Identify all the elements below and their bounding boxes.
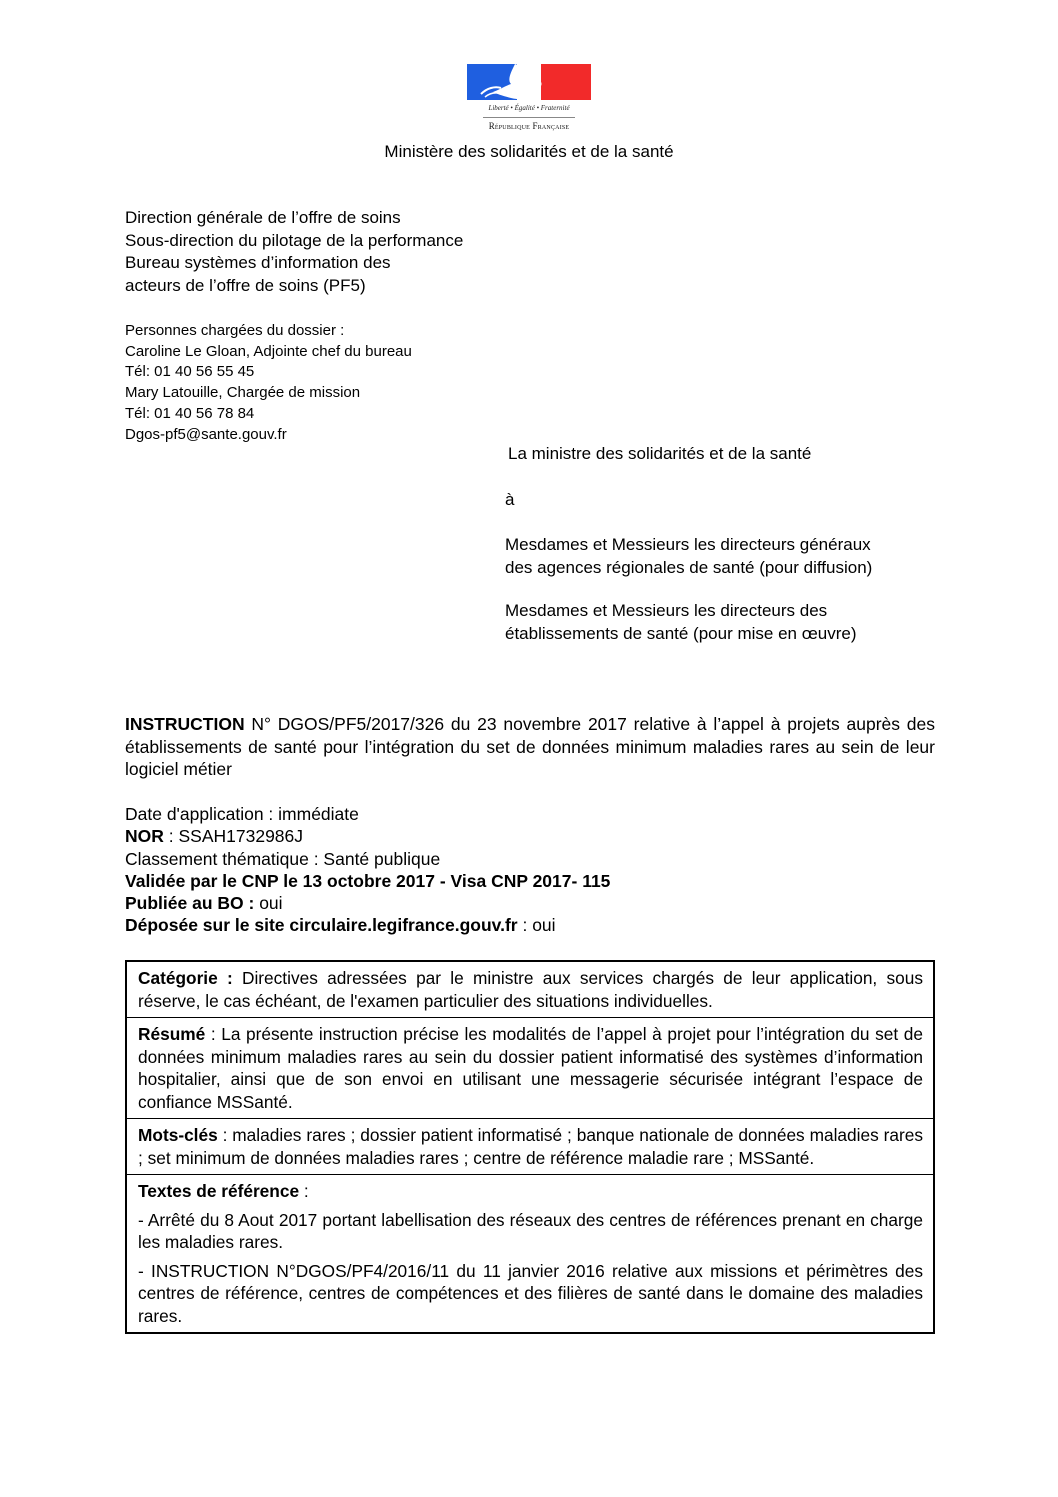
textes-reference-cell: Textes de référence : - Arrêté du 8 Aout… (127, 1175, 933, 1332)
mots-cles-cell: Mots-clés : maladies rares ; dossier pat… (127, 1119, 933, 1175)
contact-name: Caroline Le Gloan, Adjointe chef du bure… (125, 342, 412, 363)
mots-cles-text: : maladies rares ; dossier patient infor… (138, 1125, 923, 1168)
contact-name: Mary Latouille, Chargée de mission (125, 383, 412, 404)
ministry-title: Ministère des solidarités et de la santé (0, 142, 1058, 162)
logo-divider (483, 117, 575, 118)
recipient-to: à (505, 489, 514, 512)
contact-phone: Tél: 01 40 56 55 45 (125, 362, 412, 383)
categorie-text: Directives adressées par le ministre aux… (138, 968, 923, 1011)
publication-line: Publiée au BO : oui (125, 892, 610, 914)
recipient-group-etablissements: Mesdames et Messieurs les directeurs des… (505, 600, 857, 645)
mots-cles-label: Mots-clés (138, 1125, 218, 1145)
sender-line: acteurs de l’offre de soins (PF5) (125, 275, 463, 298)
instruction-label: INSTRUCTION (125, 714, 245, 734)
deposit-value: : oui (518, 915, 556, 935)
resume-cell: Résumé : La présente instruction précise… (127, 1018, 933, 1119)
recipient-line: des agences régionales de santé (pour di… (505, 557, 872, 580)
resume-label: Résumé (138, 1024, 205, 1044)
reference-item: - Arrêté du 8 Aout 2017 portant labellis… (138, 1209, 923, 1254)
textes-reference-suffix: : (299, 1181, 309, 1201)
categorie-label: Catégorie : (138, 968, 233, 988)
resume-text: : La présente instruction précise les mo… (138, 1024, 923, 1112)
deposit-label: Déposée sur le site circulaire.legifranc… (125, 915, 518, 935)
date-application: Date d'application : immédiate (125, 803, 610, 825)
nor-label: NOR (125, 826, 164, 846)
reference-item: - INSTRUCTION N°DGOS/PF4/2016/11 du 11 j… (138, 1260, 923, 1328)
sender-minister: La ministre des solidarités et de la san… (508, 443, 811, 466)
contact-email: Dgos-pf5@sante.gouv.fr (125, 425, 412, 446)
publication-value: oui (254, 893, 282, 913)
contacts-heading: Personnes chargées du dossier : (125, 321, 412, 342)
recipient-group-ars: Mesdames et Messieurs les directeurs gén… (505, 534, 872, 579)
instruction-meta: Date d'application : immédiate NOR : SSA… (125, 803, 610, 937)
recipient-line: établissements de santé (pour mise en œu… (505, 623, 857, 646)
instruction-title: INSTRUCTION N° DGOS/PF5/2017/326 du 23 n… (125, 713, 935, 781)
logo-motto: Liberté • Égalité • Fraternité (467, 104, 591, 112)
sender-line: Sous-direction du pilotage de la perform… (125, 230, 463, 253)
logo-republique: République Française (467, 121, 591, 131)
contact-phone: Tél: 01 40 56 78 84 (125, 404, 412, 425)
deposit-line: Déposée sur le site circulaire.legifranc… (125, 914, 610, 936)
classement-line: Classement thématique : Santé publique (125, 848, 610, 870)
instruction-text: N° DGOS/PF5/2017/326 du 23 novembre 2017… (125, 714, 935, 779)
sender-block: Direction générale de l’offre de soins S… (125, 207, 463, 297)
marianne-logo-icon (467, 64, 591, 100)
validation-line: Validée par le CNP le 13 octobre 2017 - … (125, 870, 610, 892)
textes-reference-label: Textes de référence (138, 1181, 299, 1201)
sender-line: Direction générale de l’offre de soins (125, 207, 463, 230)
marianne-logo: Liberté • Égalité • Fraternité Républiqu… (467, 64, 591, 136)
publication-label: Publiée au BO : (125, 893, 254, 913)
nor-value: : SSAH1732986J (164, 826, 303, 846)
recipient-line: Mesdames et Messieurs les directeurs gén… (505, 534, 872, 557)
sender-line: Bureau systèmes d’information des (125, 252, 463, 275)
recipient-line: Mesdames et Messieurs les directeurs des (505, 600, 857, 623)
contacts-block: Personnes chargées du dossier : Caroline… (125, 321, 412, 445)
categorie-cell: Catégorie : Directives adressées par le … (127, 962, 933, 1018)
nor-line: NOR : SSAH1732986J (125, 825, 610, 847)
summary-table: Catégorie : Directives adressées par le … (125, 960, 935, 1334)
validation-text: Validée par le CNP le 13 octobre 2017 - … (125, 871, 610, 891)
